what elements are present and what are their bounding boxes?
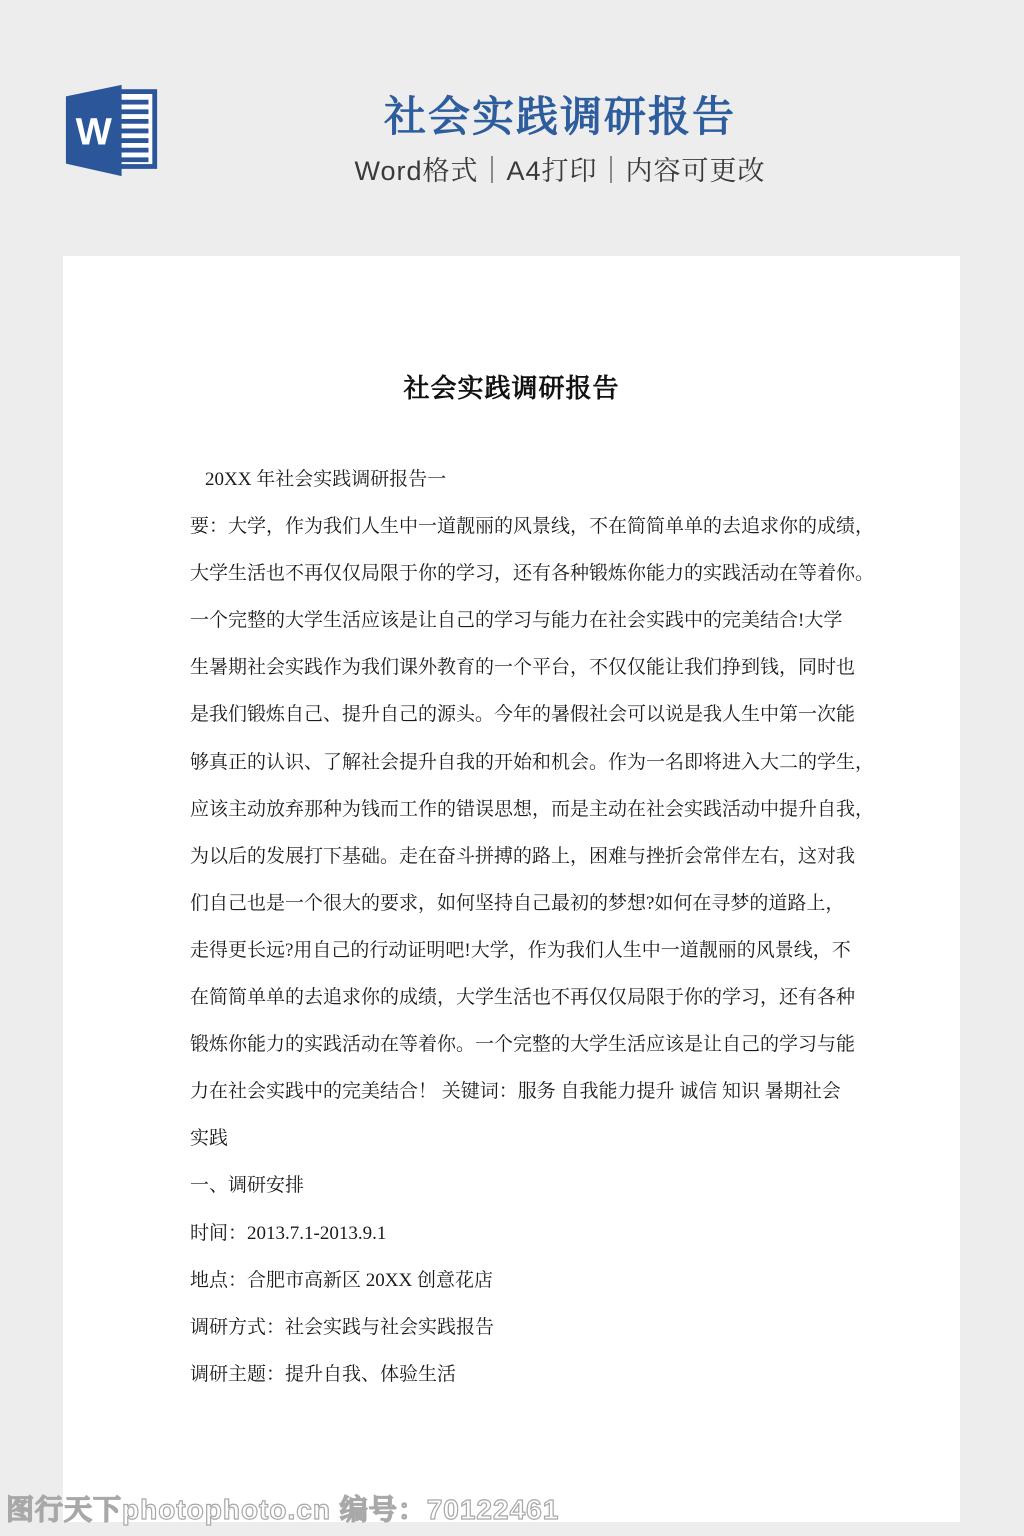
doc-line: 调研主题：提升自我、体验生活	[190, 1351, 910, 1398]
doc-line: 锻炼你能力的实践活动在等着你。一个完整的大学生活应该是让自己的学习与能	[190, 1021, 910, 1068]
doc-line: 走得更长远?用自己的行动证明吧!大学，作为我们人生中一道靓丽的风景线，不	[190, 927, 910, 974]
doc-line: 大学生活也不再仅仅局限于你的学习，还有各种锻炼你能力的实践活动在等着你。	[190, 550, 910, 597]
doc-line: 是我们锻炼自己、提升自己的源头。今年的暑假社会可以说是我人生中第一次能	[190, 691, 910, 738]
page-canvas: W 社会实践调研报告 Word格式｜A4打印｜内容可更改 社会实践调研报告 20…	[0, 0, 1024, 1536]
doc-line: 20XX 年社会实践调研报告一	[190, 456, 910, 503]
doc-line: 一个完整的大学生活应该是让自己的学习与能力在社会实践中的完美结合!大学	[190, 597, 910, 644]
header-text: 社会实践调研报告 Word格式｜A4打印｜内容可更改	[160, 0, 960, 185]
doc-line: 为以后的发展打下基础。走在奋斗拼搏的路上，困难与挫折会常伴左右，这对我	[190, 833, 910, 880]
header-subtitle: Word格式｜A4打印｜内容可更改	[160, 158, 960, 185]
doc-line: 在简简单单的去追求你的成绩，大学生活也不再仅仅局限于你的学习，还有各种	[190, 974, 910, 1021]
watermark-text: 图行天下photophoto.cn 编号：70122461	[6, 1488, 559, 1528]
document-page: 社会实践调研报告 20XX 年社会实践调研报告一 要：大学，作为我们人生中一道靓…	[63, 256, 960, 1522]
doc-line: 一、调研安排	[190, 1162, 910, 1209]
doc-line: 调研方式：社会实践与社会实践报告	[190, 1304, 910, 1351]
doc-line: 们自己也是一个很大的要求，如何坚持自己最初的梦想?如何在寻梦的道路上，	[190, 880, 910, 927]
doc-line: 实践	[190, 1115, 910, 1162]
doc-line: 要：大学，作为我们人生中一道靓丽的风景线，不在简简单单的去追求你的成绩，	[190, 503, 910, 550]
header-title: 社会实践调研报告	[160, 96, 960, 138]
doc-line: 地点：合肥市高新区 20XX 创意花店	[190, 1257, 910, 1304]
doc-line: 生暑期社会实践作为我们课外教育的一个平台，不仅仅能让我们挣到钱，同时也	[190, 644, 910, 691]
word-icon: W	[62, 82, 162, 178]
doc-line: 应该主动放弃那种为钱而工作的错误思想，而是主动在社会实践活动中提升自我，	[190, 786, 910, 833]
header: W 社会实践调研报告 Word格式｜A4打印｜内容可更改	[0, 0, 1024, 256]
document-title: 社会实践调研报告	[63, 376, 960, 402]
doc-line: 时间：2013.7.1-2013.9.1	[190, 1210, 910, 1257]
doc-line: 够真正的认识、了解社会提升自我的开始和机会。作为一名即将进入大二的学生，	[190, 739, 910, 786]
document-body: 20XX 年社会实践调研报告一 要：大学，作为我们人生中一道靓丽的风景线，不在简…	[190, 456, 910, 1398]
word-icon-letter: W	[76, 110, 113, 153]
doc-line: 力在社会实践中的完美结合！ 关键词：服务 自我能力提升 诚信 知识 暑期社会	[190, 1068, 910, 1115]
